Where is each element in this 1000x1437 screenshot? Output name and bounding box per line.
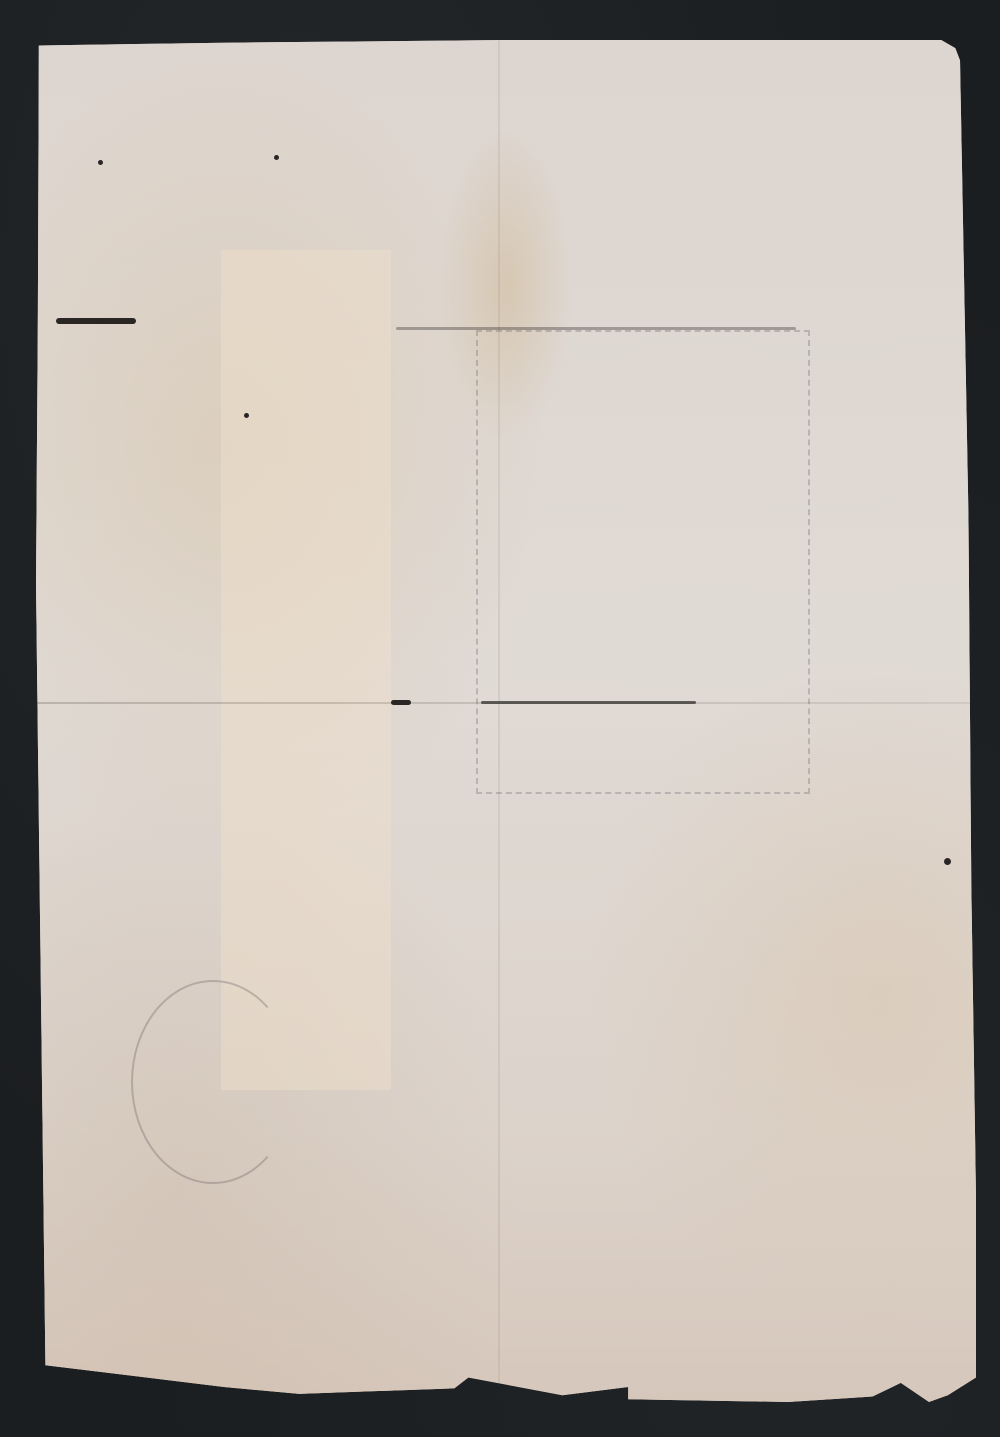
speck [244, 413, 249, 418]
speck [98, 160, 103, 165]
seal-stamp [131, 980, 295, 1184]
document-paper [36, 40, 976, 1402]
lighter-paper-panel [221, 250, 391, 1090]
ghost-border-frame [476, 330, 810, 794]
speck [274, 155, 279, 160]
tear-mark [391, 700, 411, 705]
speck [944, 858, 951, 865]
tear-mark [56, 318, 136, 324]
